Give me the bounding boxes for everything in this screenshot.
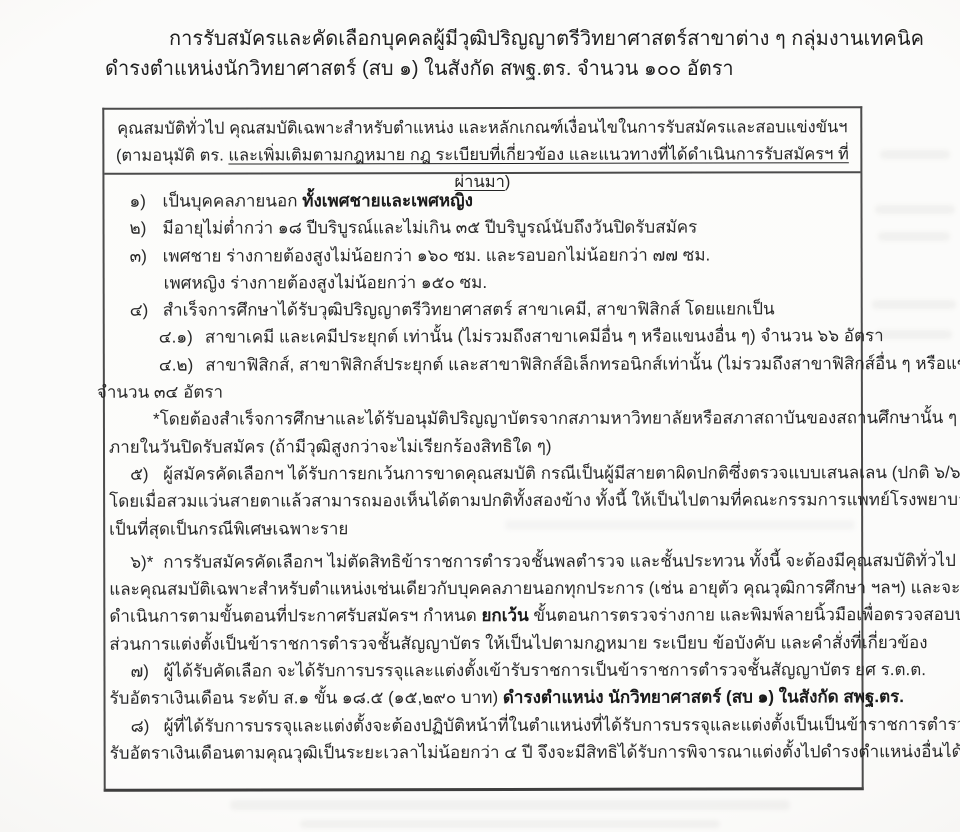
clause-4-number: ๔) [109,297,163,324]
clause-4-2-text: สาขาฟิสิกส์, สาขาฟิสิกส์ประยุกต์ และสาขา… [205,354,960,375]
clause-5-continuation-1-text: โดยเมื่อสวมแว่นสายตาแล้วสามารถมองเห็นได้… [109,490,960,511]
clause-4-text: สำเร็จการศึกษาได้รับวุฒิปริญญาตรีวิทยาศา… [163,300,775,320]
clause-7-continuation: รับอัตราเงินเดือน ระดับ ส.๑ ขั้น ๑๘.๕ (๑… [109,684,857,713]
clause-3-number: ๓) [109,242,163,269]
clause-7-number: ๗) [109,658,163,685]
clause-6-continuation-1-text: และคุณสมบัติเฉพาะสำหรับตำแหน่งเช่นเดียวก… [109,578,960,599]
scan-artifact [876,330,952,339]
clause-5-continuation-1: โดยเมื่อสวมแว่นสายตาแล้วสามารถมองเห็นได้… [109,486,857,515]
scan-artifact [872,300,956,309]
clause-6: ๖)*การรับสมัครคัดเลือกฯ ไม่ตัดสิทธิข้ารา… [109,547,857,576]
box-header-line2-suffix: ) [505,173,511,191]
clause-2-text: มีอายุไม่ต่ำกว่า ๑๘ ปีบริบูรณ์และไม่เกิน… [163,218,698,238]
clause-8-continuation: รับอัตราเงินเดือนตามคุณวุฒิเป็นระยะเวลาไ… [110,738,858,767]
document-title-line2: ดำรงตำแหน่งนักวิทยาศาสตร์ (สบ ๑) ในสังกั… [105,54,885,84]
document-title-line1: การรับสมัครและคัดเลือกบุคคลผู้มีวุฒิปริญ… [105,24,885,54]
clause-8-number: ๘) [110,712,164,739]
clause-5-continuation-2: เป็นที่สุดเป็นกรณีพิเศษเฉพาะราย [109,514,857,543]
clause-4-note-continuation-text: ภายในวันปิดรับสมัคร (ถ้ามีวุฒิสูงกว่าจะไ… [109,437,552,457]
box-header-line2-prefix: (ตามอนุมัติ ตร. [116,147,229,165]
document-title: การรับสมัครและคัดเลือกบุคคลผู้มีวุฒิปริญ… [105,24,885,84]
qualification-box-body: ๑)เป็นบุคคลภายนอก ทั้งเพศชายและเพศหญิง ๒… [104,173,861,767]
clause-1-number: ๑) [108,188,162,215]
clause-1-text: เป็นบุคคลภายนอก [162,191,302,210]
clause-4-note-continuation: ภายในวันปิดรับสมัคร (ถ้ามีวุฒิสูงกว่าจะไ… [109,432,857,461]
clause-6-continuation-3: ส่วนการแต่งตั้งเป็นข้าราชการตำรวจชั้นสัญ… [109,629,857,658]
clause-5: ๕)ผู้สมัครคัดเลือกฯ ได้รับการยกเว้นการขา… [109,459,857,488]
clause-6-continuation-1: และคุณสมบัติเฉพาะสำหรับตำแหน่งเช่นเดียวก… [109,574,857,603]
clause-7-bold-text: ดำรงตำแหน่ง นักวิทยาศาสตร์ (สบ ๑) ในสังก… [503,687,904,707]
scan-artifact [875,205,955,214]
clause-4-2-continuation: จำนวน ๓๔ อัตรา [97,377,857,406]
clause-3-text: เพศชาย ร่างกายต้องสูงไม่น้อยกว่า ๑๖๐ ซม.… [163,245,711,265]
clause-4: ๔)สำเร็จการศึกษาได้รับวุฒิปริญญาตรีวิทยา… [109,295,857,324]
clause-8-text: ผู้ที่ได้รับการบรรจุและแต่งตั้งจะต้องปฏิ… [164,715,960,736]
qualification-box: คุณสมบัติทั่วไป คุณสมบัติเฉพาะสำหรับตำแห… [102,106,863,792]
scan-artifact [878,232,950,241]
clause-4-1: ๔.๑)สาขาเคมี และเคมีประยุกต์ เท่านั้น (ไ… [109,323,857,352]
clause-6-number: ๖)* [109,549,163,576]
scan-artifact [880,150,950,159]
clause-6-continuation-2: ดำเนินการตามขั้นตอนที่ประกาศรับสมัครฯ กำ… [109,602,857,631]
clause-6-bold-text: ยกเว้น [481,606,528,625]
clause-5-number: ๕) [109,461,163,488]
clause-4-2-number: ๔.๒) [109,351,194,378]
clause-3-continuation-text: เพศหญิง ร่างกายต้องสูงไม่น้อยกว่า ๑๕๐ ซม… [164,273,487,293]
clause-4-1-text: สาขาเคมี และเคมีประยุกต์ เท่านั้น (ไม่รว… [205,327,884,347]
qualification-box-header: คุณสมบัติทั่วไป คุณสมบัติเฉพาะสำหรับตำแห… [104,108,860,175]
clause-2-number: ๒) [109,215,163,242]
clause-3: ๓)เพศชาย ร่างกายต้องสูงไม่น้อยกว่า ๑๖๐ ซ… [109,241,857,270]
clause-6-continuation-2-text-after: ขั้นตอนการตรวจร่างกาย และพิมพ์ลายนิ้วมือ… [529,605,960,625]
clause-5-text: ผู้สมัครคัดเลือกฯ ได้รับการยกเว้นการขาดค… [163,463,960,484]
clause-4-2-continuation-text: จำนวน ๓๔ อัตรา [97,383,223,402]
clause-4-2: ๔.๒)สาขาฟิสิกส์, สาขาฟิสิกส์ประยุกต์ และ… [109,350,857,379]
clause-6-continuation-3-text: ส่วนการแต่งตั้งเป็นข้าราชการตำรวจชั้นสัญ… [109,633,927,654]
scan-artifact [300,820,720,828]
box-header-line1: คุณสมบัติทั่วไป คุณสมบัติเฉพาะสำหรับตำแห… [104,114,860,143]
clause-4-note: *โดยต้องสำเร็จการศึกษาและได้รับอนุมัติปร… [109,405,857,434]
clause-1-bold-text: ทั้งเพศชายและเพศหญิง [302,191,473,210]
clause-7-continuation-text: รับอัตราเงินเดือน ระดับ ส.๑ ขั้น ๑๘.๕ (๑… [110,688,503,708]
clause-4-note-text: *โดยต้องสำเร็จการศึกษาและได้รับอนุมัติปร… [153,408,957,429]
clause-6-continuation-2-text: ดำเนินการตามขั้นตอนที่ประกาศรับสมัครฯ กำ… [109,606,481,626]
clause-7: ๗)ผู้ได้รับคัดเลือก จะได้รับการบรรจุและแ… [109,656,857,685]
clause-6-text: การรับสมัครคัดเลือกฯ ไม่ตัดสิทธิข้าราชกา… [163,551,956,572]
clause-3-continuation: เพศหญิง ร่างกายต้องสูงไม่น้อยกว่า ๑๕๐ ซม… [109,268,857,297]
clause-4-1-number: ๔.๑) [109,324,193,351]
clause-8: ๘)ผู้ที่ได้รับการบรรจุและแต่งตั้งจะต้องป… [110,711,858,740]
clause-7-text: ผู้ได้รับคัดเลือก จะได้รับการบรรจุและแต่… [163,660,926,681]
clause-8-continuation-text: รับอัตราเงินเดือนตามคุณวุฒิเป็นระยะเวลาไ… [110,742,960,763]
clause-5-continuation-2-text: เป็นที่สุดเป็นกรณีพิเศษเฉพาะราย [109,519,348,539]
scan-artifact [230,800,790,810]
clause-2: ๒)มีอายุไม่ต่ำกว่า ๑๘ ปีบริบูรณ์และไม่เก… [109,214,857,243]
